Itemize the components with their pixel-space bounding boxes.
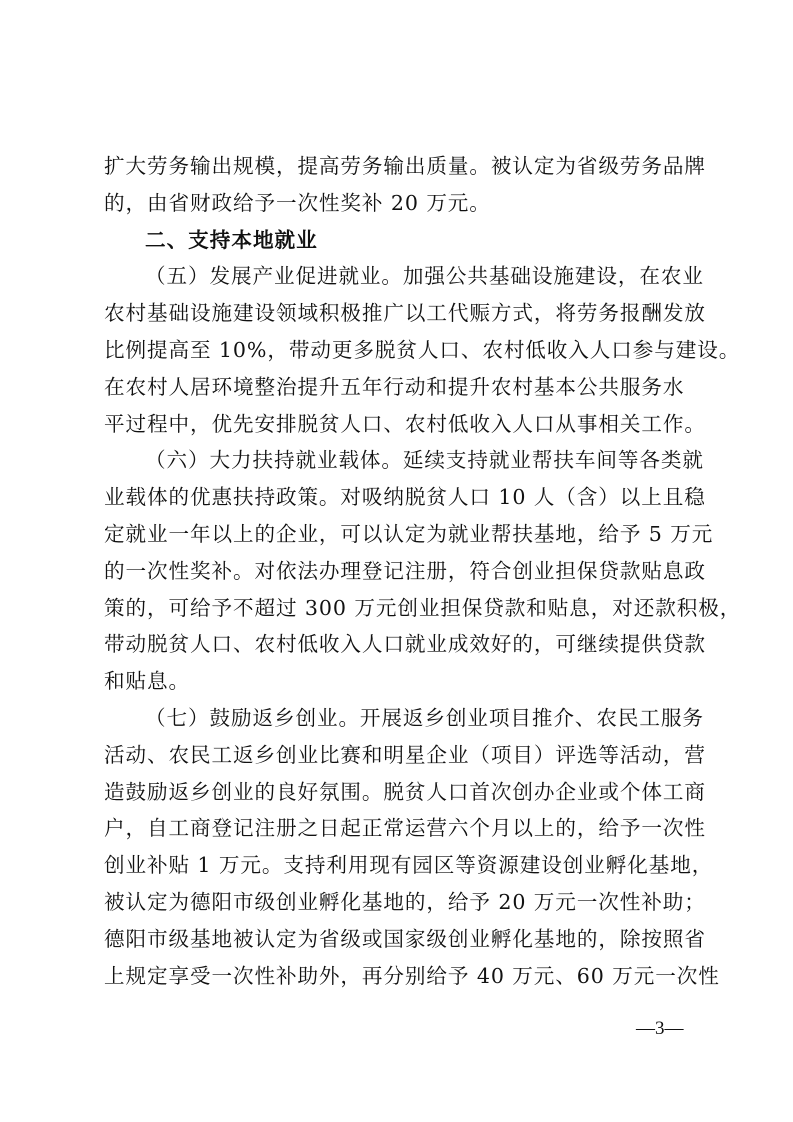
text-line: 策的，可给予不超过 300 万元创业担保贷款和贴息，对还款积极， <box>104 590 694 627</box>
text-line: 在农村人居环境整治提升五年行动和提升农村基本公共服务水 <box>104 369 694 406</box>
text-line: 农村基础设施建设领域积极推广以工代赈方式，将劳务报酬发放 <box>104 295 694 332</box>
text-line: 活动、农民工返乡创业比赛和明星企业（项目）评选等活动，营 <box>104 737 694 774</box>
text-line: 创业补贴 1 万元。支持利用现有园区等资源建设创业孵化基地， <box>104 847 694 884</box>
section-heading: 二、支持本地就业 <box>104 222 694 259</box>
text-line: 带动脱贫人口、农村低收入人口就业成效好的，可继续提供贷款 <box>104 626 694 663</box>
text-line: 上规定享受一次性补助外，再分别给予 40 万元、60 万元一次性 <box>104 958 694 995</box>
text-line: 德阳市级基地被认定为省级或国家级创业孵化基地的，除按照省 <box>104 921 694 958</box>
paragraph-start: （五）发展产业促进就业。加强公共基础设施建设，在农业 <box>104 258 694 295</box>
text-line: 业载体的优惠扶持政策。对吸纳脱贫人口 10 人（含）以上且稳 <box>104 479 694 516</box>
text-line: 和贴息。 <box>104 663 694 700</box>
text-line: 造鼓励返乡创业的良好氛围。脱贫人口首次创办企业或个体工商 <box>104 774 694 811</box>
paragraph-start: （六）大力扶持就业载体。延续支持就业帮扶车间等各类就 <box>104 442 694 479</box>
text-line: 被认定为德阳市级创业孵化基地的，给予 20 万元一次性补助； <box>104 884 694 921</box>
text-line: 扩大劳务输出规模，提高劳务输出质量。被认定为省级劳务品牌 <box>104 148 694 185</box>
page-number: —3— <box>636 1018 684 1040</box>
text-line: 平过程中，优先安排脱贫人口、农村低收入人口从事相关工作。 <box>104 406 694 443</box>
text-line: 比例提高至 10%，带动更多脱贫人口、农村低收入人口参与建设。 <box>104 332 694 369</box>
text-line: 户，自工商登记注册之日起正常运营六个月以上的，给予一次性 <box>104 810 694 847</box>
text-line: 的一次性奖补。对依法办理登记注册，符合创业担保贷款贴息政 <box>104 553 694 590</box>
text-line: 的，由省财政给予一次性奖补 20 万元。 <box>104 185 694 222</box>
text-line: 定就业一年以上的企业，可以认定为就业帮扶基地，给予 5 万元 <box>104 516 694 553</box>
paragraph-start: （七）鼓励返乡创业。开展返乡创业项目推介、农民工服务 <box>104 700 694 737</box>
document-body: 扩大劳务输出规模，提高劳务输出质量。被认定为省级劳务品牌 的，由省财政给予一次性… <box>104 148 694 994</box>
